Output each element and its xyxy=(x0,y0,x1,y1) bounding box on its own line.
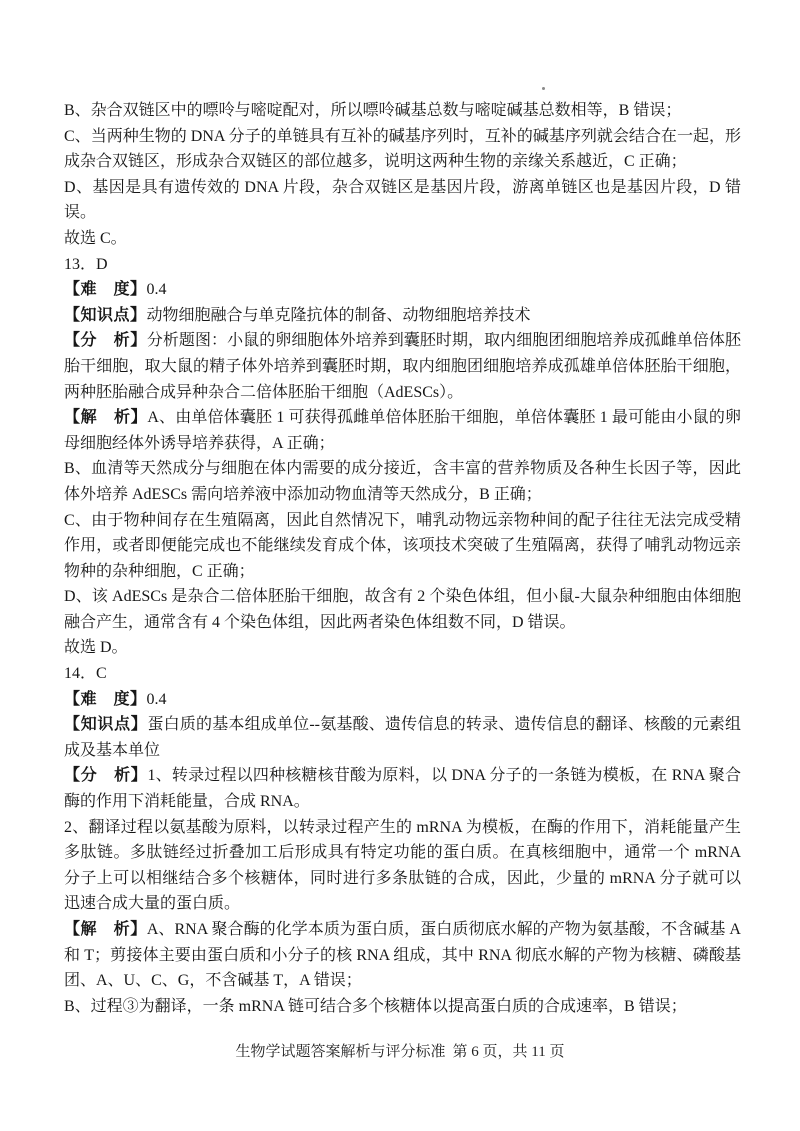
q14-explanation-option-b: B、过程③为翻译，一条 mRNA 链可结合多个核糖体以提高蛋白质的合成速率，B … xyxy=(64,994,741,1020)
footer-page-indicator: 第 6 页，共 11 页 xyxy=(453,1044,565,1060)
paragraph-text: 蛋白质的基本组成单位--氨基酸、遗传信息的转录、遗传信息的翻译、核酸的元素组成及… xyxy=(64,716,741,759)
q12-answer-conclusion: 故选 C。 xyxy=(64,226,741,252)
paragraph-text: 13．D xyxy=(64,256,108,273)
footer-doc-title: 生物学试题答案解析与评分标准 xyxy=(236,1044,446,1060)
q13-knowledge-points: 【知识点】动物细胞融合与单克隆抗体的制备、动物细胞培养技术 xyxy=(64,303,741,329)
paragraph-text: D、该 AdESCs 是杂合二倍体胚胎干细胞，故含有 2 个染色体组，但小鼠-大… xyxy=(64,588,741,631)
q12-option-d-analysis: D、基因是具有遗传效的 DNA 片段，杂合双链区是基因片段，游离单链区也是基因片… xyxy=(64,175,741,226)
q13-difficulty: 【难 度】0.4 xyxy=(64,277,741,303)
paragraph-text: D、基因是具有遗传效的 DNA 片段，杂合双链区是基因片段，游离单链区也是基因片… xyxy=(64,179,741,222)
q14-explanation-option-a: 【解 析】A、RNA 聚合酶的化学本质为蛋白质，蛋白质彻底水解的产物为氨基酸，不… xyxy=(64,917,741,994)
q14-analysis-part-2: 2、翻译过程以氨基酸为原料，以转录过程产生的 mRNA 为模板，在酶的作用下，消… xyxy=(64,815,741,917)
paragraph-text: B、杂合双链区中的嘌呤与嘧啶配对，所以嘌呤碱基总数与嘧啶碱基总数相等，B 错误； xyxy=(64,102,681,119)
paragraph-text: 分析题图：小鼠的卵细胞体外培养到囊胚时期，取内细胞团细胞培养成孤雌单倍体胚胎干细… xyxy=(64,332,741,400)
paragraph-text: 0.4 xyxy=(147,281,167,298)
q13-number-answer: 13．D xyxy=(64,252,741,278)
paragraph-text: C、由于物种间存在生殖隔离，因此自然情况下，哺乳动物远亲物种间的配子往往无法完成… xyxy=(64,512,741,580)
q14-number-answer: 14．C xyxy=(64,661,741,687)
q13-explanation-option-b: B、血清等天然成分与细胞在体内需要的成分接近，含丰富的营养物质及各种生长因子等，… xyxy=(64,456,741,507)
paragraph-text: C、当两种生物的 DNA 分子的单链具有互补的碱基序列时，互补的碱基序列就会结合… xyxy=(64,128,741,171)
q12-option-c-analysis: C、当两种生物的 DNA 分子的单链具有互补的碱基序列时，互补的碱基序列就会结合… xyxy=(64,124,741,175)
section-label: 【分 析】 xyxy=(64,332,147,349)
q13-analysis: 【分 析】分析题图：小鼠的卵细胞体外培养到囊胚时期，取内细胞团细胞培养成孤雌单倍… xyxy=(64,328,741,405)
paragraph-text: 动物细胞融合与单克隆抗体的制备、动物细胞培养技术 xyxy=(147,307,531,324)
paragraph-text: 0.4 xyxy=(147,691,167,708)
paragraph-text: 2、翻译过程以氨基酸为原料，以转录过程产生的 mRNA 为模板，在酶的作用下，消… xyxy=(64,819,741,913)
paragraph-text: A、RNA 聚合酶的化学本质为蛋白质，蛋白质彻底水解的产物为氨基酸，不含碱基 A… xyxy=(64,921,741,989)
section-label: 【解 析】 xyxy=(64,921,147,938)
paragraph-text: 故选 C。 xyxy=(64,230,127,247)
section-label: 【分 析】 xyxy=(64,767,147,784)
q13-explanation-option-c: C、由于物种间存在生殖隔离，因此自然情况下，哺乳动物远亲物种间的配子往往无法完成… xyxy=(64,508,741,585)
paragraph-text: 14．C xyxy=(64,665,107,682)
section-label: 【难 度】 xyxy=(64,691,147,708)
q14-knowledge-points: 【知识点】蛋白质的基本组成单位--氨基酸、遗传信息的转录、遗传信息的翻译、核酸的… xyxy=(64,712,741,763)
paragraph-text: A、由单倍体囊胚 1 可获得孤雌单倍体胚胎干细胞，单倍体囊胚 1 最可能由小鼠的… xyxy=(64,409,741,452)
answer-analysis-content: B、杂合双链区中的嘌呤与嘧啶配对，所以嘌呤碱基总数与嘧啶碱基总数相等，B 错误；… xyxy=(64,98,741,1019)
q13-explanation-option-d: D、该 AdESCs 是杂合二倍体胚胎干细胞，故含有 2 个染色体组，但小鼠-大… xyxy=(64,584,741,635)
section-label: 【知识点】 xyxy=(64,716,147,733)
section-label: 【难 度】 xyxy=(64,281,147,298)
page-footer: 生物学试题答案解析与评分标准第 6 页，共 11 页 xyxy=(0,1040,800,1061)
paragraph-text: 故选 D。 xyxy=(64,639,128,656)
paragraph-text: 1、转录过程以四种核糖核苷酸为原料，以 DNA 分子的一条链为模板，在 RNA … xyxy=(64,767,741,810)
q12-option-b-analysis: B、杂合双链区中的嘌呤与嘧啶配对，所以嘌呤碱基总数与嘧啶碱基总数相等，B 错误； xyxy=(64,98,741,124)
section-label: 【解 析】 xyxy=(64,409,147,426)
paragraph-text: B、过程③为翻译，一条 mRNA 链可结合多个核糖体以提高蛋白质的合成速率，B … xyxy=(64,998,687,1015)
q13-explanation-option-a: 【解 析】A、由单倍体囊胚 1 可获得孤雌单倍体胚胎干细胞，单倍体囊胚 1 最可… xyxy=(64,405,741,456)
q13-answer-conclusion: 故选 D。 xyxy=(64,635,741,661)
section-label: 【知识点】 xyxy=(64,307,147,324)
q14-analysis-part-1: 【分 析】1、转录过程以四种核糖核苷酸为原料，以 DNA 分子的一条链为模板，在… xyxy=(64,763,741,814)
paragraph-text: B、血清等天然成分与细胞在体内需要的成分接近，含丰富的营养物质及各种生长因子等，… xyxy=(64,460,741,503)
document-page: B、杂合双链区中的嘌呤与嘧啶配对，所以嘌呤碱基总数与嘧啶碱基总数相等，B 错误；… xyxy=(0,0,800,1131)
q14-difficulty: 【难 度】0.4 xyxy=(64,687,741,713)
scan-speck-icon xyxy=(542,87,545,90)
